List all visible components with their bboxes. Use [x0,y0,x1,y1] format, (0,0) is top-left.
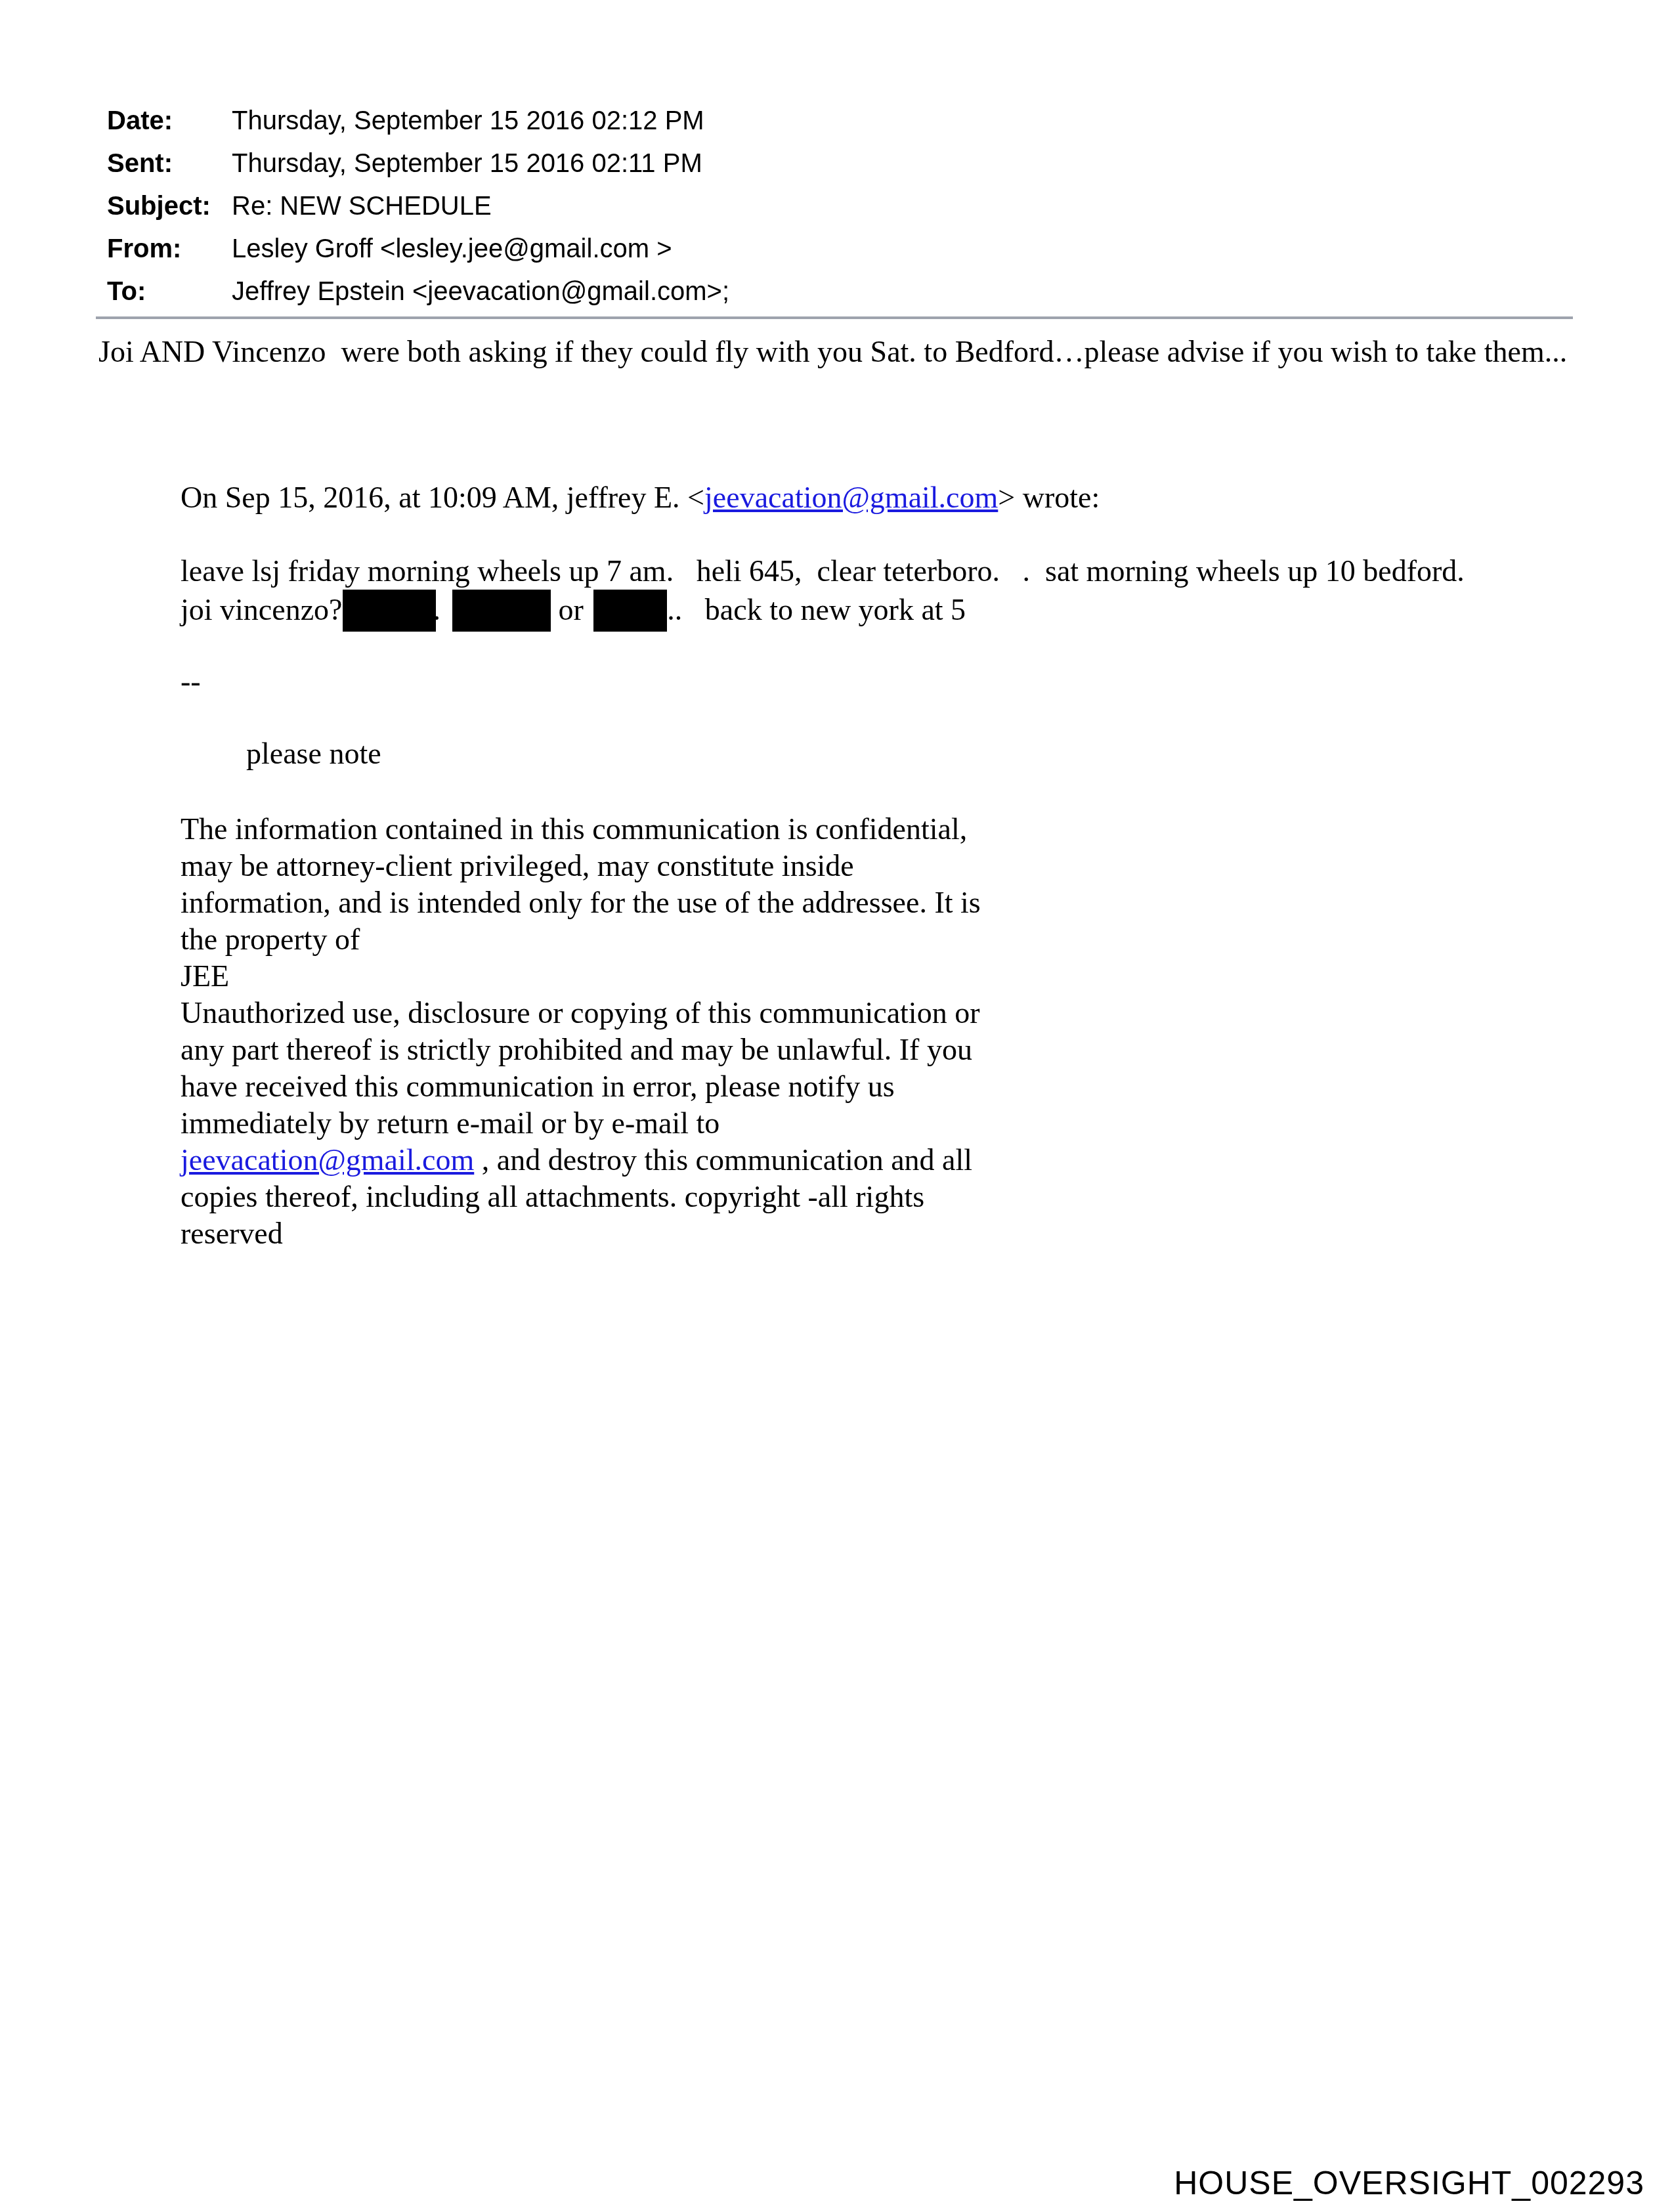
confidentiality-disclaimer: The information contained in this commun… [181,811,1008,1252]
bates-number: HOUSE_OVERSIGHT_002293 [1174,2164,1644,2202]
to-label: To: [107,271,232,313]
from-label: From: [107,228,232,271]
please-note: please note [246,735,381,772]
redaction-block [452,590,551,632]
sent-value: Thursday, September 15 2016 02:11 PM [232,142,702,185]
header-row-sent: Sent: Thursday, September 15 2016 02:11 … [107,142,729,185]
header-row-date: Date: Thursday, September 15 2016 02:12 … [107,100,729,142]
attribution-suffix: > wrote: [998,481,1100,514]
disclaimer-email-link[interactable]: jeevacation@gmail.com [181,1143,474,1177]
schedule-or: or [551,593,591,626]
subject-label: Subject: [107,185,232,228]
redaction-block [593,590,667,632]
sent-label: Sent: [107,142,232,185]
schedule-separator: . [433,593,441,626]
from-value: Lesley Groff <lesley.jee@gmail.com > [232,228,672,271]
email-header: Date: Thursday, September 15 2016 02:12 … [107,100,729,313]
header-row-to: To: Jeffrey Epstein <jeevacation@gmail.c… [107,271,729,313]
header-row-from: From: Lesley Groff <lesley.jee@gmail.com… [107,228,729,271]
date-label: Date: [107,100,232,142]
schedule-end: .. back to new york at 5 [667,593,966,626]
quoted-message-attribution: On Sep 15, 2016, at 10:09 AM, jeffrey E.… [181,479,1100,516]
redaction-block [343,590,436,632]
header-row-subject: Subject: Re: NEW SCHEDULE [107,185,729,228]
attribution-email-link[interactable]: jeevacation@gmail.com [704,481,998,514]
subject-value: Re: NEW SCHEDULE [232,185,492,228]
date-value: Thursday, September 15 2016 02:12 PM [232,100,704,142]
signature-separator: -- [181,663,201,700]
quoted-schedule-text: leave lsj friday morning wheels up 7 am.… [181,553,1493,632]
disclaimer-text: The information contained in this commun… [181,812,988,1140]
header-divider [96,316,1573,319]
to-value: Jeffrey Epstein <jeevacation@gmail.com>; [232,271,729,313]
reply-message: Joi AND Vincenzo were both asking if the… [98,334,1569,370]
attribution-prefix: On Sep 15, 2016, at 10:09 AM, jeffrey E.… [181,481,704,514]
